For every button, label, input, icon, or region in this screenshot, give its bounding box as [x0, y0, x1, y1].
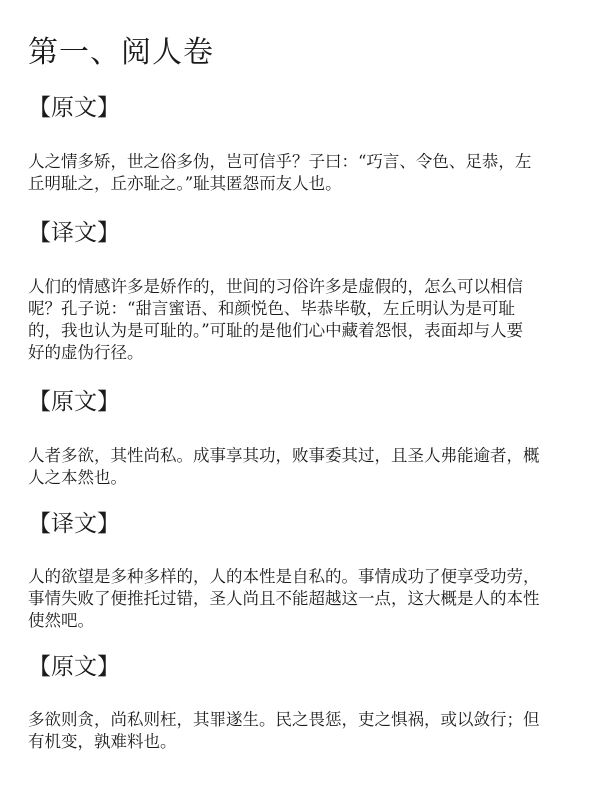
section-heading-original-3: 【原文】 — [28, 652, 120, 682]
text-line: 人们的情感许多是娇作的，世间的习俗许多是虚假的，怎么可以相信 — [28, 276, 523, 298]
section-heading-translation-1: 【译文】 — [28, 218, 120, 248]
text-line: 有机变，孰难料也。 — [28, 731, 540, 753]
original-text-3: 多欲则贪，尚私则枉，其罪遂生。民之畏惩，吏之惧祸，或以敛行；但 有机变，孰难料也… — [28, 709, 540, 753]
text-line: 多欲则贪，尚私则枉，其罪遂生。民之畏惩，吏之惧祸，或以敛行；但 — [28, 709, 540, 731]
text-line: 人者多欲，其性尚私。成事享其功，败事委其过，且圣人弗能逾者，概 — [28, 445, 540, 467]
chapter-title: 第一、阅人卷 — [28, 33, 214, 73]
text-line: 的，我也认为是可耻的。”可耻的是他们心中藏着怨恨，表面却与人要 — [28, 320, 523, 342]
section-heading-original-2: 【原文】 — [28, 387, 120, 417]
text-line: 使然吧。 — [28, 610, 540, 632]
translation-text-1: 人们的情感许多是娇作的，世间的习俗许多是虚假的，怎么可以相信 呢？孔子说：“甜言… — [28, 276, 523, 364]
text-line: 呢？孔子说：“甜言蜜语、和颜悦色、毕恭毕敬，左丘明认为是可耻 — [28, 298, 523, 320]
original-text-2: 人者多欲，其性尚私。成事享其功，败事委其过，且圣人弗能逾者，概 人之本然也。 — [28, 445, 540, 489]
translation-text-2: 人的欲望是多种多样的，人的本性是自私的。事情成功了便享受功劳， 事情失败了便推托… — [28, 566, 540, 632]
text-line: 人的欲望是多种多样的，人的本性是自私的。事情成功了便享受功劳， — [28, 566, 540, 588]
text-line: 人之情多矫，世之俗多伪，岂可信乎？子曰：“巧言、令色、足恭，左 — [28, 151, 531, 173]
text-line: 人之本然也。 — [28, 467, 540, 489]
section-heading-original-1: 【原文】 — [28, 93, 120, 123]
text-line: 丘明耻之，丘亦耻之。”耻其匿怨而友人也。 — [28, 173, 531, 195]
section-heading-translation-2: 【译文】 — [28, 509, 120, 539]
text-line: 事情失败了便推托过错，圣人尚且不能超越这一点，这大概是人的本性 — [28, 588, 540, 610]
original-text-1: 人之情多矫，世之俗多伪，岂可信乎？子曰：“巧言、令色、足恭，左 丘明耻之，丘亦耻… — [28, 151, 531, 195]
text-line: 好的虚伪行径。 — [28, 342, 523, 364]
